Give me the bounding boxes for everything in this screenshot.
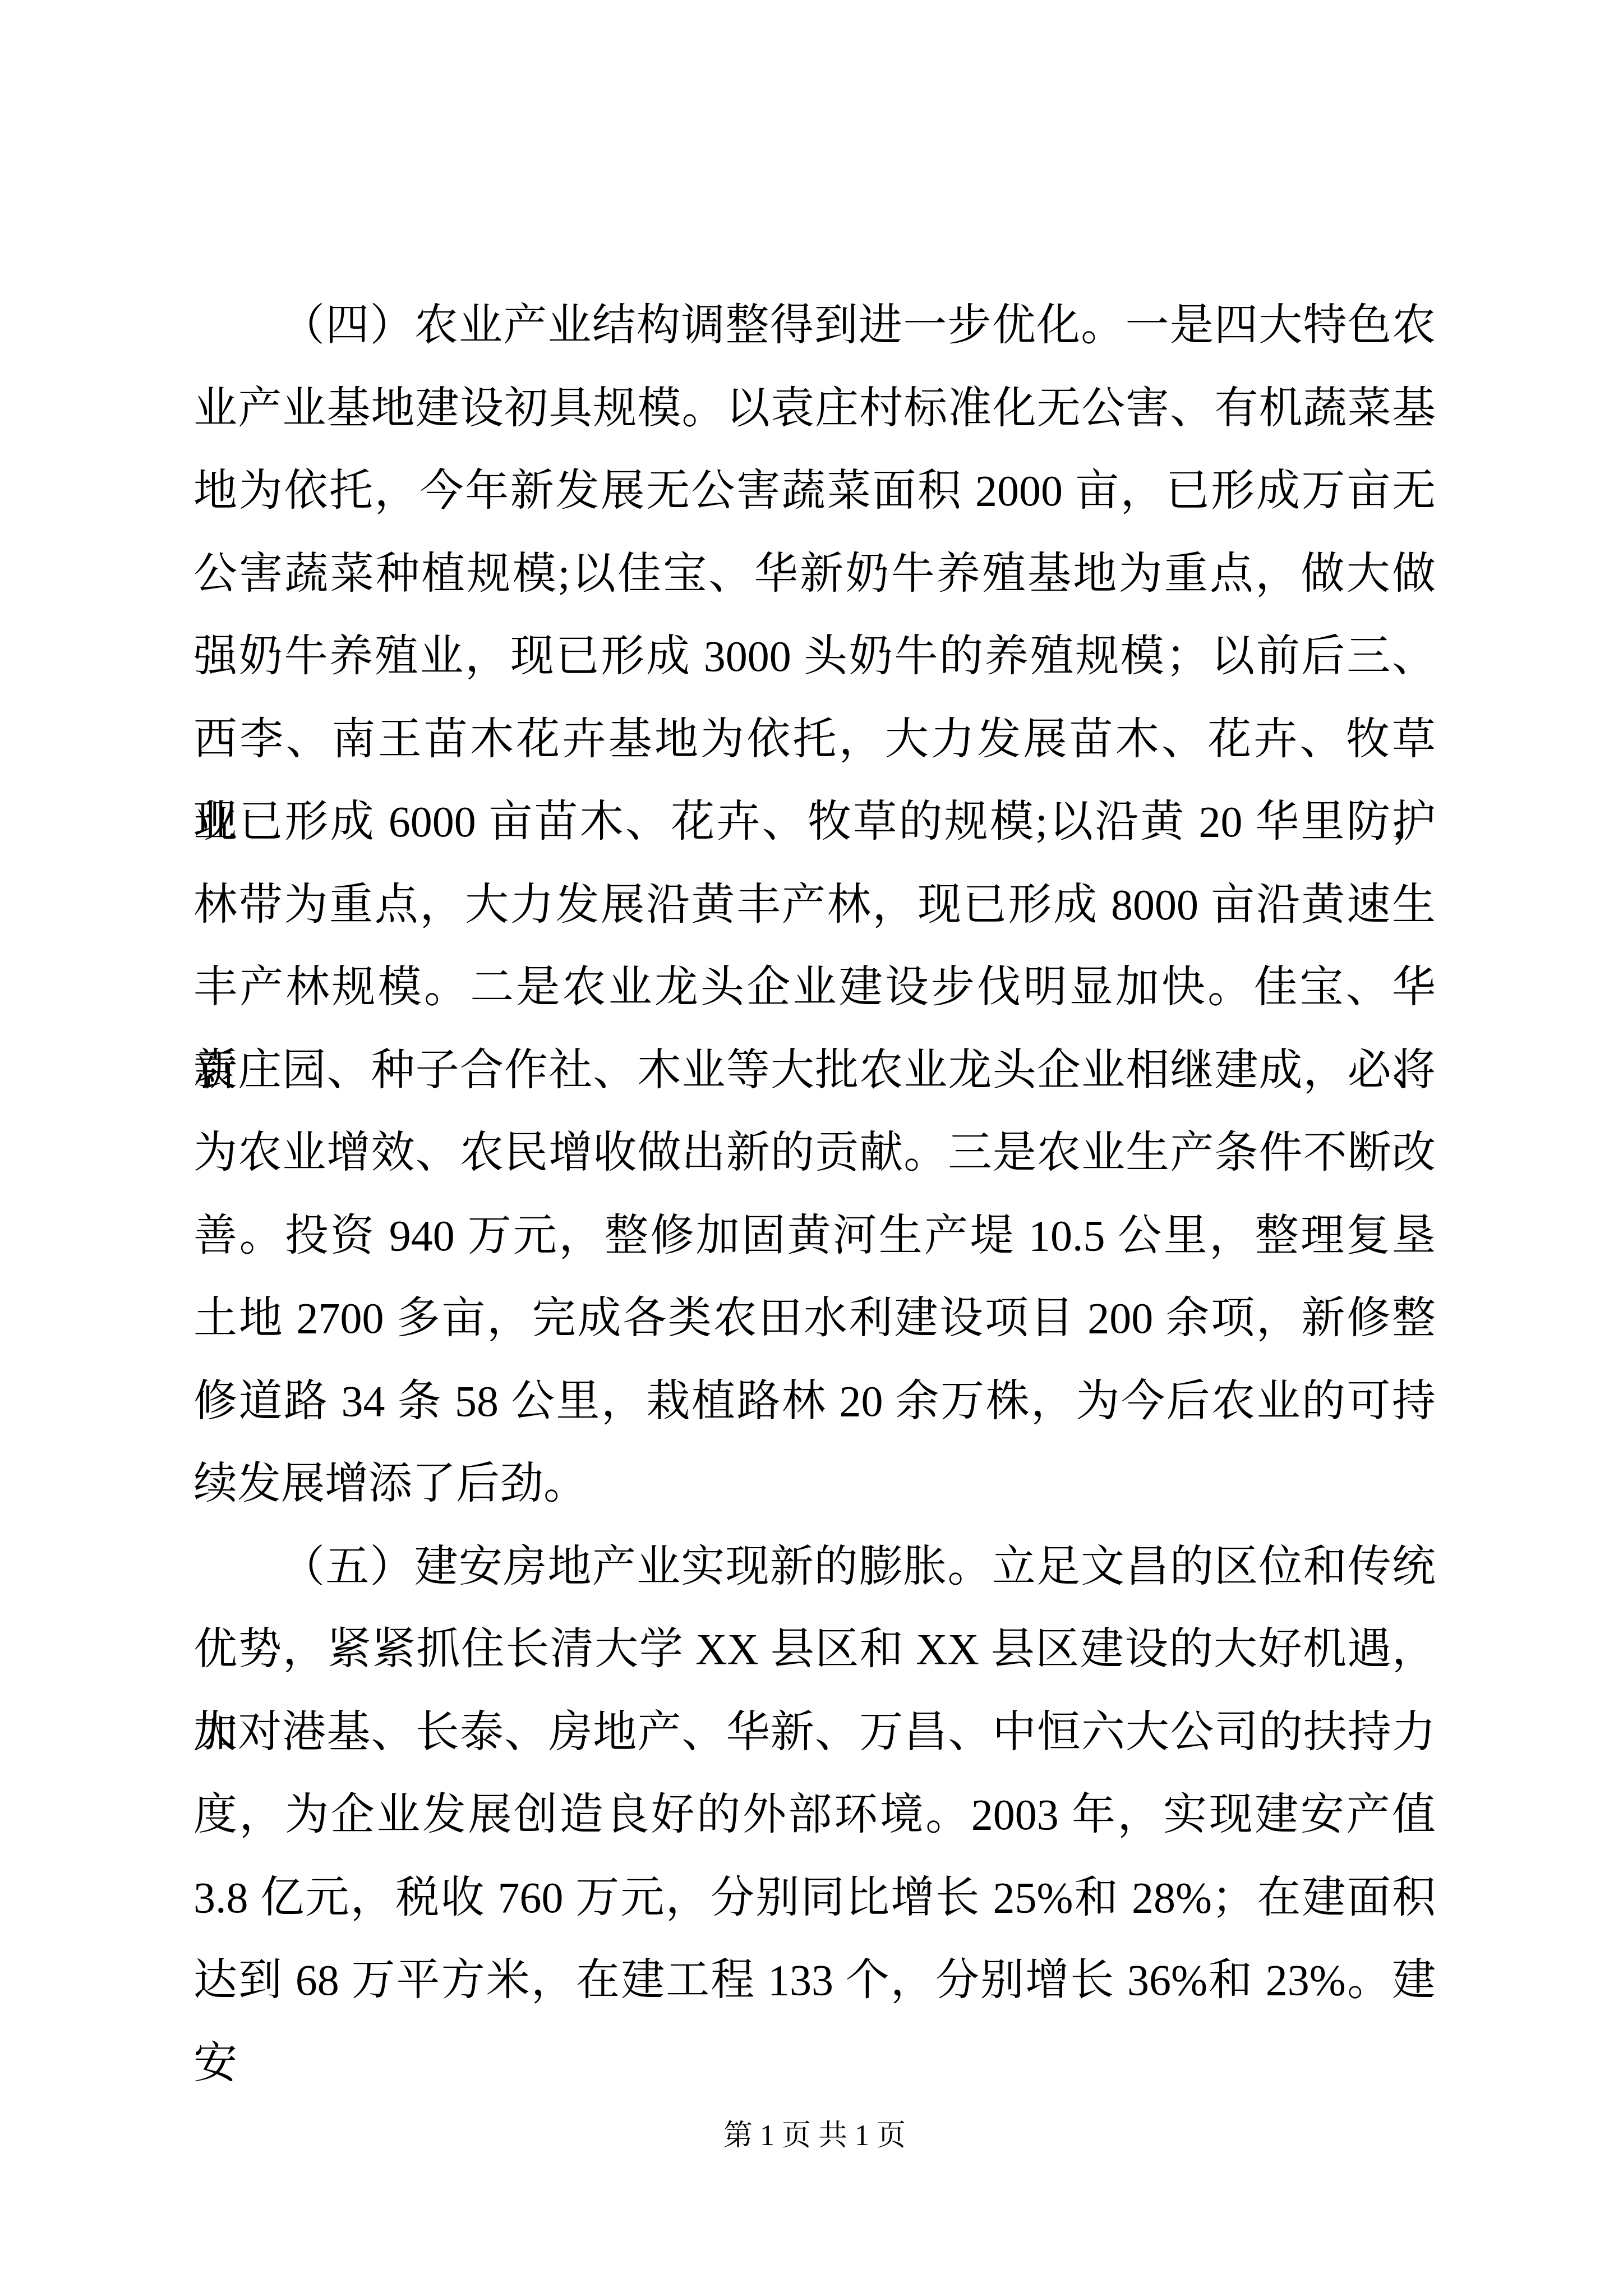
document-line: 土地 2700 多亩，完成各类农田水利建设项目 200 余项，新修整 xyxy=(193,1277,1436,1360)
document-line: 业产业基地建设初具规模。以袁庄村标准化无公害、有机蔬菜基 xyxy=(193,367,1436,450)
document-line: 优势，紧紧抓住长清大学 XX 县区和 XX 县区建设的大好机遇，加 xyxy=(193,1608,1436,1691)
document-line: 地为依托，今年新发展无公害蔬菜面积 2000 亩，已形成万亩无 xyxy=(193,449,1436,532)
document-line: 续发展增添了后劲。 xyxy=(193,1442,1436,1525)
page-footer: 第 1 页 共 1 页 xyxy=(193,2118,1436,2154)
document-line: 修道路 34 条 58 公里，栽植路林 20 余万株，为今后农业的可持 xyxy=(193,1360,1436,1443)
document-line: 大对港基、长泰、房地产、华新、万昌、中恒六大公司的扶持力 xyxy=(193,1691,1436,1774)
document-line: 现已形成 6000 亩苗木、花卉、牧草的规模;以沿黄 20 华里防护 xyxy=(193,780,1436,863)
document-line: 强奶牛养殖业，现已形成 3000 头奶牛的养殖规模；以前后三、 xyxy=(193,615,1436,698)
document-line: 林带为重点，大力发展沿黄丰产林，现已形成 8000 亩沿黄速生 xyxy=(193,863,1436,946)
document-line: 为农业增效、农民增收做出新的贡献。三是农业生产条件不断改 xyxy=(193,1111,1436,1194)
document-line: 达到 68 万平方米，在建工程 133 个，分别增长 36%和 23%。建安 xyxy=(193,1939,1436,2022)
document-line: 3.8 亿元，税收 760 万元，分别同比增长 25%和 28%；在建面积 xyxy=(193,1856,1436,1939)
document-line: 丰产林规模。二是农业龙头企业建设步伐明显加快。佳宝、华新、 xyxy=(193,946,1436,1029)
document-page: （四）农业产业结构调整得到进一步优化。一是四大特色农 业产业基地建设初具规模。以… xyxy=(0,0,1623,2296)
document-line: （五）建安房地产业实现新的膨胀。立足文昌的区位和传统 xyxy=(193,1525,1436,1608)
document-line: 公害蔬菜种植规模;以佳宝、华新奶牛养殖基地为重点，做大做 xyxy=(193,532,1436,615)
document-body: （四）农业产业结构调整得到进一步优化。一是四大特色农 业产业基地建设初具规模。以… xyxy=(193,284,1436,2022)
document-line: 度，为企业发展创造良好的外部环境。2003 年，实现建安产值 xyxy=(193,1773,1436,1856)
document-line: （四）农业产业结构调整得到进一步优化。一是四大特色农 xyxy=(193,284,1436,367)
document-line: 善。投资 940 万元，整修加固黄河生产堤 10.5 公里，整理复垦 xyxy=(193,1194,1436,1277)
document-line: 西李、南王苗木花卉基地为依托，大力发展苗木、花卉、牧草业， xyxy=(193,698,1436,781)
document-line: 袁庄园、种子合作社、木业等大批农业龙头企业相继建成，必将 xyxy=(193,1029,1436,1112)
